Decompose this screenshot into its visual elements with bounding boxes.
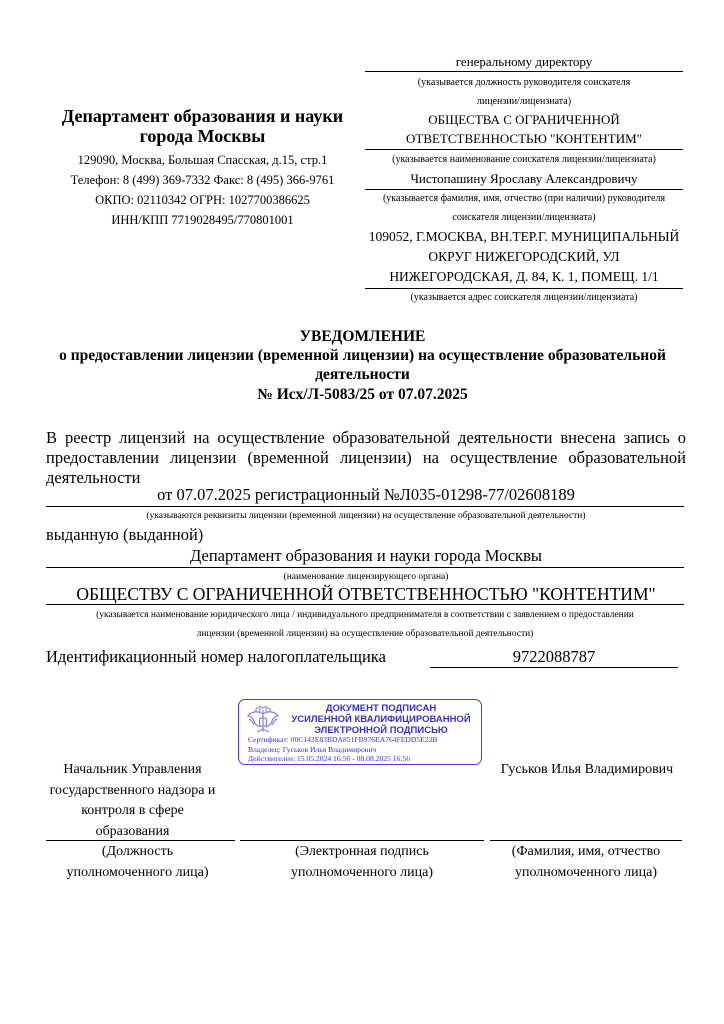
addressee-person-note-1: (указывается фамилия, имя, отчество (при… [365,189,683,208]
sender-okpo-ogrn: ОКПО: 02110342 ОГРН: 1027700386625 [40,192,365,208]
addressee-person: Чистопашину Ярославу Александровичу [365,169,683,188]
sender-address: 129090, Москва, Большая Спасская, д.15, … [40,152,365,168]
license-details: от 07.07.2025 регистрационный №Л035-0129… [46,485,686,505]
sender-org-name: Департамент образования и науки города М… [40,106,365,146]
divider [46,506,684,507]
addressee-position: генеральному директору [365,52,683,71]
signer-position-2: государственного надзора и [40,781,225,802]
caption-name: (Фамилия, имя, отчество уполномоченного … [486,842,686,883]
divider [46,567,684,568]
caption-signature: (Электронная подпись уполномоченного лиц… [240,842,484,883]
caption-signature-1: (Электронная подпись [240,842,484,863]
document-subtitle-2: деятельности [40,365,685,384]
addressee-org-line-2: ОТВЕТСТВЕННОСТЬЮ "КОНТЕНТИМ" [365,129,683,148]
coat-of-arms-icon [245,704,281,736]
stamp-header-2: УСИЛЕННОЙ КВАЛИФИЦИРОВАННОЙ [283,714,479,725]
document-heading: УВЕДОМЛЕНИЕ [40,327,685,346]
signer-position-1: Начальник Управления [40,760,225,781]
signer-position-3: контроля в сфере [40,801,225,822]
licensee-name: ОБЩЕСТВУ С ОГРАНИЧЕННОЙ ОТВЕТСТВЕННОСТЬЮ… [46,583,686,605]
divider [240,840,484,841]
issued-label: выданную (выданной) [46,525,203,545]
stamp-header-1: ДОКУМЕНТ ПОДПИСАН [283,703,479,714]
addressee-position-note-1: (указывается должность руководителя соис… [365,73,683,92]
addressee-org-note: (указывается наименование соискателя лиц… [365,150,683,169]
addressee-address-note: (указывается адрес соискателя лицензии/л… [365,288,683,307]
body-paragraph: В реестр лицензий на осуществление образ… [46,428,686,488]
stamp-valid: Действителен: 15.05.2024 16:56 - 08.08.2… [248,754,410,764]
sender-inn-kpp: ИНН/КПП 7719028495/770801001 [40,212,365,228]
caption-position-2: уполномоченного лица) [40,863,235,884]
stamp-owner: Владелец: Гуськов Илья Владимирович [248,745,376,755]
signer-position: Начальник Управления государственного на… [40,760,225,842]
divider [430,667,678,668]
licensee-note-1: (указывается наименование юридического л… [30,610,700,620]
addressee-org-line-1: ОБЩЕСТВА С ОГРАНИЧЕННОЙ [365,110,683,129]
e-signature-stamp: ДОКУМЕНТ ПОДПИСАН УСИЛЕННОЙ КВАЛИФИЦИРОВ… [238,699,482,765]
licensing-body-note: (наименование лицензирующего органа) [46,572,686,582]
addressee-person-note-2: соискателя лицензии/лицензиата) [365,208,683,227]
stamp-certificate: Сертификат: 00C142E83BDA851FB976EA764FED… [248,735,438,745]
licensing-body: Департамент образования и науки города М… [46,546,686,566]
addressee-address-line-3: НИЖЕГОРОДСКАЯ, Д. 84, К. 1, ПОМЕЩ. 1/1 [365,267,683,288]
divider [365,71,683,72]
addressee-position-note-2: лицензии/лицензиата) [365,92,683,111]
document-number: № Исх/Л-5083/25 от 07.07.2025 [40,385,685,404]
signer-name: Гуськов Илья Владимирович [487,760,687,781]
caption-position: (Должность уполномоченного лица) [40,842,235,883]
stamp-header: ДОКУМЕНТ ПОДПИСАН УСИЛЕННОЙ КВАЛИФИЦИРОВ… [283,703,479,736]
caption-position-1: (Должность [40,842,235,863]
license-note: (указываются реквизиты лицензии (временн… [46,511,686,521]
addressee-address-line-1: 109052, Г.МОСКВА, ВН.ТЕР.Г. МУНИЦИПАЛЬНЫ… [365,227,683,248]
sender-phone-fax: Телефон: 8 (499) 369-7332 Факс: 8 (495) … [40,172,365,188]
inn-label: Идентификационный номер налогоплательщик… [46,647,386,667]
caption-name-1: (Фамилия, имя, отчество [486,842,686,863]
caption-name-2: уполномоченного лица) [486,863,686,884]
inn-value: 9722088787 [430,647,678,667]
divider [46,840,235,841]
signer-position-4: образования [40,822,225,843]
licensee-note-2: лицензии (временной лицензии) на осущест… [30,629,700,639]
document-subtitle-1: о предоставлении лицензии (временной лиц… [30,346,695,365]
divider [46,604,684,605]
caption-signature-2: уполномоченного лица) [240,863,484,884]
divider [490,840,682,841]
addressee-address-line-2: ОКРУГ НИЖЕГОРОДСКИЙ, УЛ [365,247,683,268]
